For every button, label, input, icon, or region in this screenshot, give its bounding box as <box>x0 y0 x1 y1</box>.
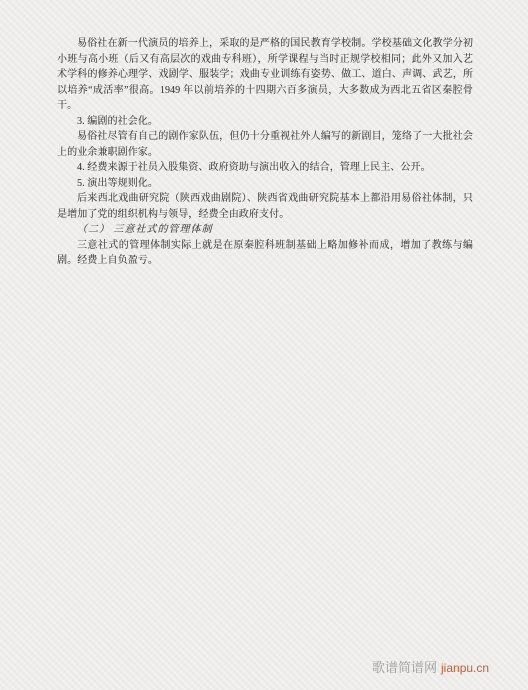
section-heading-sanyishe: （二） 三意社式的管理体制 <box>57 222 473 238</box>
watermark-site-url: jianpu.cn <box>441 661 489 675</box>
paragraph-successor-institutes: 后来西北戏曲研究院（陕西戏曲剧院）、陕西省戏曲研究院基本上都沿用易俗社体制，只是… <box>57 191 473 222</box>
list-item-4-funding: 4. 经费来源于社员入股集资、政府资助与演出收入的结合，管理上民主、公开。 <box>57 160 473 176</box>
scanned-book-page: 易俗社在新一代演员的培养上，采取的是严格的国民教育学校制。学校基础文化教学分初小… <box>0 0 528 690</box>
text-block: 易俗社在新一代演员的培养上，采取的是严格的国民教育学校制。学校基础文化教学分初小… <box>57 36 473 269</box>
watermark: 歌谱简谱网jianpu.cn <box>372 660 489 676</box>
list-item-3-playwriting: 3. 编剧的社会化。 <box>57 114 473 130</box>
watermark-site-name: 歌谱简谱网 <box>372 660 437 675</box>
paragraph-education-system: 易俗社在新一代演员的培养上，采取的是严格的国民教育学校制。学校基础文化教学分初小… <box>57 36 473 114</box>
paragraph-playwrights: 易俗社尽管有自己的剧作家队伍，但仍十分重视社外人编写的新剧目，笼络了一大批社会上… <box>57 129 473 160</box>
list-item-5-performance: 5. 演出等规则化。 <box>57 176 473 192</box>
paragraph-sanyishe-system: 三意社式的管理体制实际上就是在原秦腔科班制基础上略加修补而成，增加了教练与编剧。… <box>57 238 473 269</box>
